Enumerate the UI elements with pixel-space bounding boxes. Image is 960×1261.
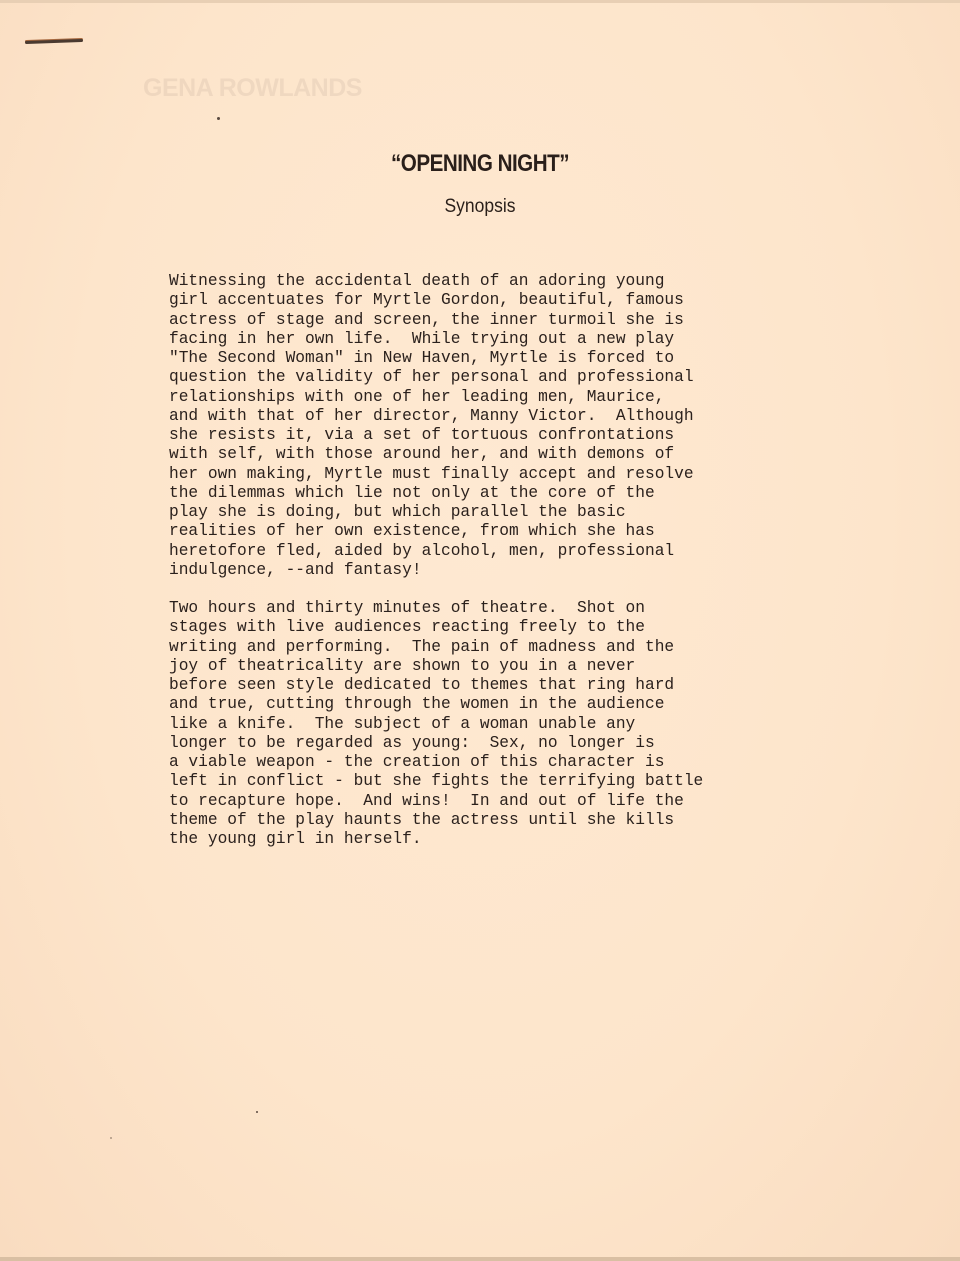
text-line: "The Second Woman" in New Haven, Myrtle … [169,349,694,368]
text-line: theme of the play haunts the actress unt… [169,811,703,830]
bleed-through-heading: GENA ROWLANDS [143,74,362,103]
text-line: the young girl in herself. [169,830,703,849]
text-line: indulgence, --and fantasy! [169,561,694,580]
staple-mark [25,39,83,44]
text-line: a viable weapon - the creation of this c… [169,753,703,772]
paper-speck [256,1111,258,1113]
synopsis-paragraph-1: Witnessing the accidental death of an ad… [169,272,694,580]
text-line: play she is doing, but which parallel th… [169,503,694,522]
page-top-edge [0,0,960,3]
synopsis-paragraph-2: Two hours and thirty minutes of theatre.… [169,599,703,849]
document-title: “OPENING NIGHT” [67,150,893,178]
text-line: heretofore fled, aided by alcohol, men, … [169,542,694,561]
text-line: and true, cutting through the women in t… [169,695,703,714]
paper-speck [110,1137,112,1139]
text-line: she resists it, via a set of tortuous co… [169,426,694,445]
document-page: GENA ROWLANDS “OPENING NIGHT” Synopsis W… [0,0,960,1261]
text-line: joy of theatricality are shown to you in… [169,657,703,676]
text-line: to recapture hope. And wins! In and out … [169,792,703,811]
text-line: stages with live audiences reacting free… [169,618,703,637]
text-line: with self, with those around her, and wi… [169,445,694,464]
text-line: left in conflict - but she fights the te… [169,772,703,791]
page-bottom-edge [0,1257,960,1261]
document-subtitle: Synopsis [38,196,921,218]
text-line: relationships with one of her leading me… [169,388,694,407]
text-line: facing in her own life. While trying out… [169,330,694,349]
text-line: before seen style dedicated to themes th… [169,676,703,695]
text-line: Witnessing the accidental death of an ad… [169,272,694,291]
text-line: writing and performing. The pain of madn… [169,638,703,657]
text-line: question the validity of her personal an… [169,368,694,387]
text-line: actress of stage and screen, the inner t… [169,311,694,330]
text-line: her own making, Myrtle must finally acce… [169,465,694,484]
text-line: girl accentuates for Myrtle Gordon, beau… [169,291,694,310]
text-line: Two hours and thirty minutes of theatre.… [169,599,703,618]
text-line: and with that of her director, Manny Vic… [169,407,694,426]
paper-speck [217,117,220,120]
text-line: longer to be regarded as young: Sex, no … [169,734,703,753]
text-line: the dilemmas which lie not only at the c… [169,484,694,503]
text-line: like a knife. The subject of a woman una… [169,715,703,734]
text-line: realities of her own existence, from whi… [169,522,694,541]
